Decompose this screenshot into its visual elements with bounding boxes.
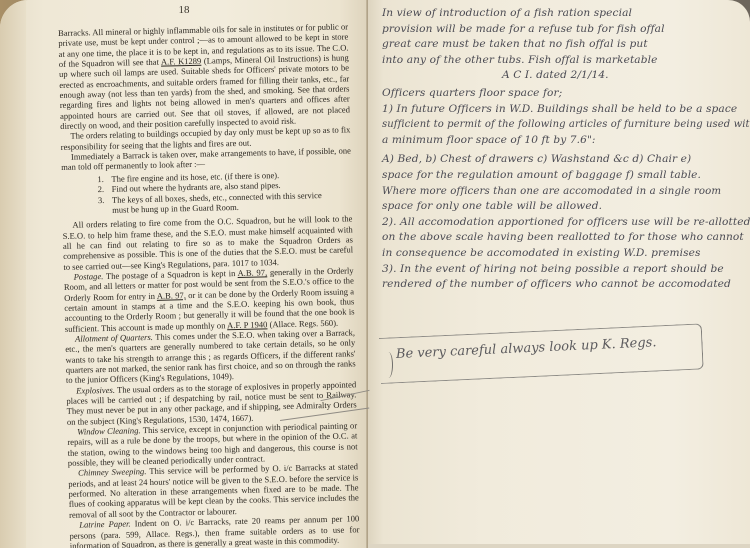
list-number: 2.	[98, 184, 112, 195]
handwritten-line: into any of the other tubs. Fish offal i…	[382, 53, 732, 69]
handwritten-line: A) Bed, b) Chest of drawers c) Washstand…	[382, 152, 732, 168]
form-reference: A.B. 97,	[157, 290, 186, 301]
form-reference: A.F. K1289	[161, 56, 202, 67]
handwritten-line: in consequence be accomodated in existin…	[382, 246, 732, 262]
form-reference: A.F. P 1940	[227, 319, 268, 330]
handwritten-line: 3). In the event of hiring not being pos…	[382, 262, 732, 278]
handwritten-line: 2). All accomodation apportioned for off…	[382, 215, 732, 231]
handwritten-line: rendered of the number of officers who c…	[382, 277, 732, 293]
paragraph-postage: Postage. The postage of a Squadron is ke…	[64, 265, 355, 334]
handwritten-line: great care must be taken that no fish of…	[382, 37, 732, 53]
handwritten-signature-date: A C I. dated 2/1/14.	[382, 68, 732, 84]
page-edge-shadow	[368, 544, 750, 548]
paragraph-barracks: Barracks. All mineral or highly inflamma…	[58, 21, 350, 131]
handwritten-notes: In view of introduction of a fish ration…	[382, 6, 732, 293]
paragraph-latrine-paper: Latrine Paper. Indent on O. i/c Barracks…	[69, 513, 360, 548]
section-heading: Barracks.	[58, 27, 91, 38]
list-number: 1.	[97, 174, 111, 185]
handwritten-line: sufficient to permit of the following ar…	[382, 117, 732, 133]
fire-duty-list: 1.The fire engine and its hose, etc. (if…	[97, 168, 352, 215]
paragraph-window-cleaning: Window Cleaning. This service, except in…	[67, 420, 358, 468]
book-spread: 18 Barracks. All mineral or highly infla…	[0, 0, 750, 548]
handwritten-line: space for only one table will be allowed…	[382, 199, 732, 215]
section-heading: Postage.	[74, 271, 104, 282]
section-heading: Explosives.	[76, 384, 115, 395]
printed-page: 18 Barracks. All mineral or highly infla…	[0, 0, 368, 548]
handwritten-heading: Officers quarters floor space for;	[382, 86, 732, 102]
handwritten-line: 1) In future Officers in W.D. Buildings …	[382, 102, 732, 118]
paragraph-chimney-sweeping: Chimney Sweeping. This service will be p…	[68, 462, 359, 520]
handwritten-line: Where more officers than one are accomod…	[382, 184, 732, 200]
handwritten-line: a minimum floor space of 10 ft by 7.6":	[382, 133, 732, 149]
handwritten-line: on the above scale having been reallotte…	[382, 230, 732, 246]
pencil-bracket	[384, 352, 393, 378]
section-heading: Latrine Paper.	[79, 519, 131, 530]
list-item: 3.The keys of all boxes, sheds, etc., co…	[98, 189, 352, 215]
handwritten-line: In view of introduction of a fish ration…	[382, 6, 732, 22]
page-number: 18	[0, 4, 368, 16]
paragraph-explosives: Explosives. The usual orders as to the s…	[66, 379, 357, 427]
paragraph-allotment-of-quarters: Allotment of Quarters. This comes under …	[65, 327, 356, 385]
paragraph-fire-orders: All orders relating to fire come from th…	[62, 214, 353, 272]
handwritten-line: provision will be made for a refuse tub …	[382, 22, 732, 38]
handwritten-line: space for the regulation amount of bagga…	[382, 168, 732, 184]
list-number: 3.	[98, 194, 112, 205]
form-reference: A.B. 97,	[237, 267, 267, 278]
printed-text-block: Barracks. All mineral or highly inflamma…	[58, 21, 360, 548]
